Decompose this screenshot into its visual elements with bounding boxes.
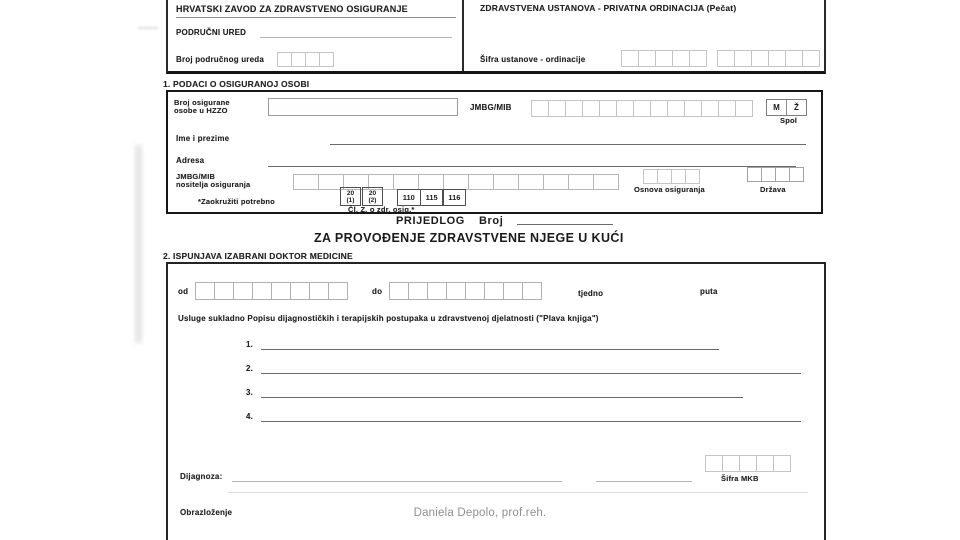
fill-cell xyxy=(271,282,291,300)
law-code-boxes: 110 115 116 xyxy=(398,189,466,206)
fill-cell xyxy=(672,50,690,67)
fill-cell xyxy=(565,100,583,117)
scanned-form-page: HRVATSKI ZAVOD ZA ZDRAVSTVENO OSIGURANJE… xyxy=(0,0,960,540)
scan-binding-artifact xyxy=(135,145,142,343)
fill-cell xyxy=(756,455,774,472)
service-item-number-3: 3. xyxy=(246,388,253,397)
fill-cell xyxy=(195,282,215,300)
jmbg-label: JMBG/MIB xyxy=(470,103,512,112)
service-item-number-1: 1. xyxy=(246,340,253,349)
insurance-basis-cells xyxy=(644,169,700,184)
section1-heading: 1. PODACI O OSIGURANOJ OSOBI xyxy=(163,79,309,89)
fill-cell xyxy=(684,100,702,117)
address-line xyxy=(268,166,796,167)
fill-cell xyxy=(768,50,786,67)
fill-cell xyxy=(518,174,544,190)
fill-cell xyxy=(773,455,791,472)
form-number-line xyxy=(517,224,613,225)
section1-box: Broj osigurane osobe u HZZO JMBG/MIB M Ž… xyxy=(166,90,823,214)
fill-cell xyxy=(735,100,753,117)
fill-cell xyxy=(233,282,253,300)
fill-cell xyxy=(252,282,272,300)
fill-cell xyxy=(427,282,447,300)
fill-cell xyxy=(701,100,719,117)
fill-cell xyxy=(290,282,310,300)
sex-checkbox: M Ž xyxy=(766,99,807,116)
diagnosis-label: Dijagnoza: xyxy=(180,472,222,481)
fill-cell xyxy=(685,169,700,184)
name-line xyxy=(330,144,806,145)
fill-cell xyxy=(638,50,656,67)
header-box: HRVATSKI ZAVOD ZA ZDRAVSTVENO OSIGURANJE… xyxy=(166,0,826,74)
law-article-box-1: 20 (1) xyxy=(340,187,361,206)
fill-cell xyxy=(568,174,594,190)
law-code-110: 110 xyxy=(397,189,421,206)
diagnosis-line-1 xyxy=(232,481,562,482)
institution-title: HRVATSKI ZAVOD ZA ZDRAVSTVENO OSIGURANJE xyxy=(176,4,456,18)
circle-note: *Zaokružiti potrebno xyxy=(198,197,275,206)
weekly-label: tjedno xyxy=(578,289,603,298)
fill-cell xyxy=(599,100,617,117)
fill-cell xyxy=(643,169,658,184)
fill-cell xyxy=(593,174,619,190)
country-cells xyxy=(748,167,804,182)
fill-cell xyxy=(389,282,409,300)
insured-number-field xyxy=(268,98,458,116)
regional-office-label: PODRUČNI URED xyxy=(176,28,246,37)
fill-cell xyxy=(785,50,803,67)
fill-cell xyxy=(277,52,292,67)
fill-cell xyxy=(408,282,428,300)
law-article-box-2-top: 20 xyxy=(369,190,376,197)
fill-cell xyxy=(717,50,735,67)
fill-cell xyxy=(503,282,523,300)
name-label: Ime i prezime xyxy=(176,134,229,143)
service-item-line-1 xyxy=(261,349,719,350)
fill-cell xyxy=(309,282,329,300)
fill-cell xyxy=(655,50,673,67)
mkb-label: Šifra MKB xyxy=(721,474,759,483)
fill-cell xyxy=(418,174,444,190)
fill-cell xyxy=(522,282,542,300)
fill-cell xyxy=(493,174,519,190)
service-item-line-3 xyxy=(261,397,743,398)
form-title-word1: PRIJEDLOG xyxy=(396,215,465,227)
form-title-word2: Broj xyxy=(479,215,503,227)
fill-cell xyxy=(443,174,469,190)
fill-cell xyxy=(722,455,740,472)
fill-cell xyxy=(633,100,651,117)
jmbg-cells xyxy=(532,100,753,117)
fill-cell xyxy=(751,50,769,67)
fill-cell xyxy=(465,282,485,300)
law-code-116: 116 xyxy=(442,189,466,206)
fill-cell xyxy=(214,282,234,300)
to-label: do xyxy=(372,287,382,296)
fill-cell xyxy=(484,282,504,300)
fill-cell xyxy=(718,100,736,117)
fill-cell xyxy=(650,100,668,117)
author-credit: Daniela Depolo, prof.reh. xyxy=(330,507,630,519)
fill-cell xyxy=(446,282,466,300)
institution-code-cells-1 xyxy=(622,50,707,67)
form-title-line2: ZA PROVOĐENJE ZDRAVSTVENE NJEGE U KUĆI xyxy=(314,231,624,245)
section2-box: od do tjedno puta Usluge sukladno Popisu… xyxy=(166,262,826,540)
fill-cell xyxy=(291,52,306,67)
from-label: od xyxy=(178,287,188,296)
fill-cell xyxy=(468,174,494,190)
fill-cell xyxy=(319,52,334,67)
institution-code-cells-2 xyxy=(718,50,820,67)
fill-cell xyxy=(621,50,639,67)
insured-number-label-2: osobe u HZZO xyxy=(174,106,228,115)
fill-cell xyxy=(543,174,569,190)
fill-cell xyxy=(531,100,549,117)
fill-cell xyxy=(667,100,685,117)
country-label: Država xyxy=(760,185,786,194)
to-date-cells xyxy=(390,282,542,300)
sex-label: Spol xyxy=(780,116,797,125)
fill-cell xyxy=(789,167,804,182)
fill-cell xyxy=(761,167,776,182)
diagnosis-line-2 xyxy=(596,481,692,482)
law-code-115: 115 xyxy=(420,189,444,206)
fill-cell xyxy=(734,50,752,67)
sex-option-z: Ž xyxy=(786,100,806,115)
service-item-number-2: 2. xyxy=(246,364,253,373)
address-label: Adresa xyxy=(176,156,204,165)
fill-cell xyxy=(305,52,320,67)
fill-cell xyxy=(393,174,419,190)
service-item-number-4: 4. xyxy=(246,412,253,421)
fill-cell xyxy=(582,100,600,117)
service-item-line-4 xyxy=(261,421,801,422)
section-divider-line xyxy=(228,492,808,493)
law-article-box-2: 20 (2) xyxy=(362,187,383,206)
institution-code-label: Šifra ustanove - ordinacije xyxy=(480,55,585,64)
fill-cell xyxy=(802,50,820,67)
services-note: Usluge sukladno Popisu dijagnostičkih i … xyxy=(178,314,778,323)
section2-heading: 2. ISPUNJAVA IZABRANI DOKTOR MEDICINE xyxy=(163,251,353,261)
fill-cell xyxy=(671,169,686,184)
office-number-cells xyxy=(278,52,334,67)
scan-mark-artifact xyxy=(138,27,158,29)
institution-right-title: ZDRAVSTVENA USTANOVA - PRIVATNA ORDINACI… xyxy=(480,3,810,13)
form-title-line1: PRIJEDLOG Broj xyxy=(396,215,613,227)
fill-cell xyxy=(705,455,723,472)
mkb-code-cells xyxy=(706,455,791,472)
fill-cell xyxy=(328,282,348,300)
sex-option-m: M xyxy=(767,100,786,115)
fill-cell xyxy=(293,174,319,190)
law-article-box-1-bottom: (1) xyxy=(347,197,355,204)
fill-cell xyxy=(775,167,790,182)
law-article-box-2-bottom: (2) xyxy=(369,197,377,204)
regional-office-line xyxy=(260,37,452,38)
insurance-basis-label: Osnova osiguranja xyxy=(634,185,705,194)
law-note: Čl. Z. o zdr. osig.* xyxy=(348,205,415,214)
fill-cell xyxy=(689,50,707,67)
law-article-box-1-top: 20 xyxy=(347,190,354,197)
fill-cell xyxy=(739,455,757,472)
holder-jmbg-label-2: nositelja osiguranja xyxy=(176,180,250,189)
header-divider xyxy=(462,0,464,71)
from-date-cells xyxy=(196,282,348,300)
fill-cell xyxy=(616,100,634,117)
office-number-label: Broj područnog ureda xyxy=(176,55,264,64)
explanation-label: Obrazloženje xyxy=(180,508,232,517)
service-item-line-2 xyxy=(261,373,801,374)
fill-cell xyxy=(548,100,566,117)
fill-cell xyxy=(747,167,762,182)
times-label: puta xyxy=(700,287,718,296)
fill-cell xyxy=(657,169,672,184)
